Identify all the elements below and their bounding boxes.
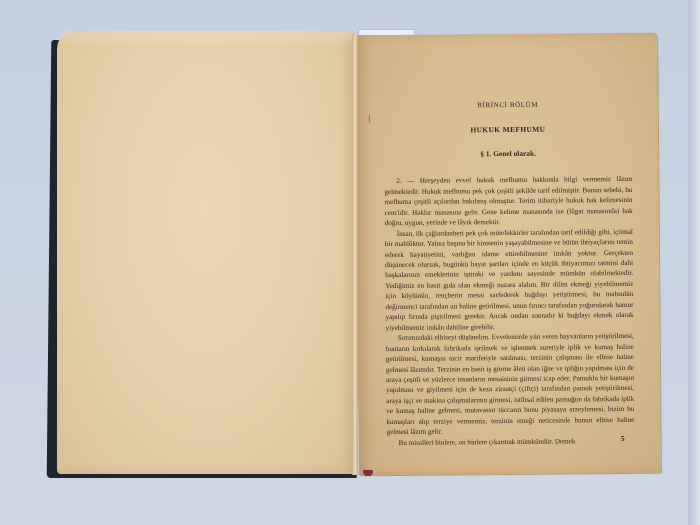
paragraph: Sırtımızdaki elbiseyi düşünelim. Evvelem… xyxy=(386,331,635,438)
right-page: BİRİNCİ BÖLÜM HUKUK MEFHUMU § 1. Genel o… xyxy=(355,33,661,476)
subsection-heading: § 1. Genel olarak. xyxy=(384,148,632,161)
paragraph: Bu misalleri binlere, on binlere çıkarma… xyxy=(387,436,635,449)
book-spine-gutter xyxy=(352,35,358,475)
bookmark-ribbon xyxy=(363,470,373,476)
paragraph: İnsan, ilk çağlardanberi pek çok mütefek… xyxy=(385,227,634,334)
page-number: 5 xyxy=(621,434,625,443)
table-surface-edge xyxy=(688,0,700,525)
page-text-block: BİRİNCİ BÖLÜM HUKUK MEFHUMU § 1. Genel o… xyxy=(384,99,635,448)
section-title: HUKUK MEFHUMU xyxy=(384,124,632,137)
margin-mark xyxy=(369,115,370,123)
chapter-heading: BİRİNCİ BÖLÜM xyxy=(384,99,632,112)
paragraph: 2. — Herşeyden evvel hukuk mefhumu hakkı… xyxy=(384,174,632,228)
left-page-blank xyxy=(57,31,355,474)
